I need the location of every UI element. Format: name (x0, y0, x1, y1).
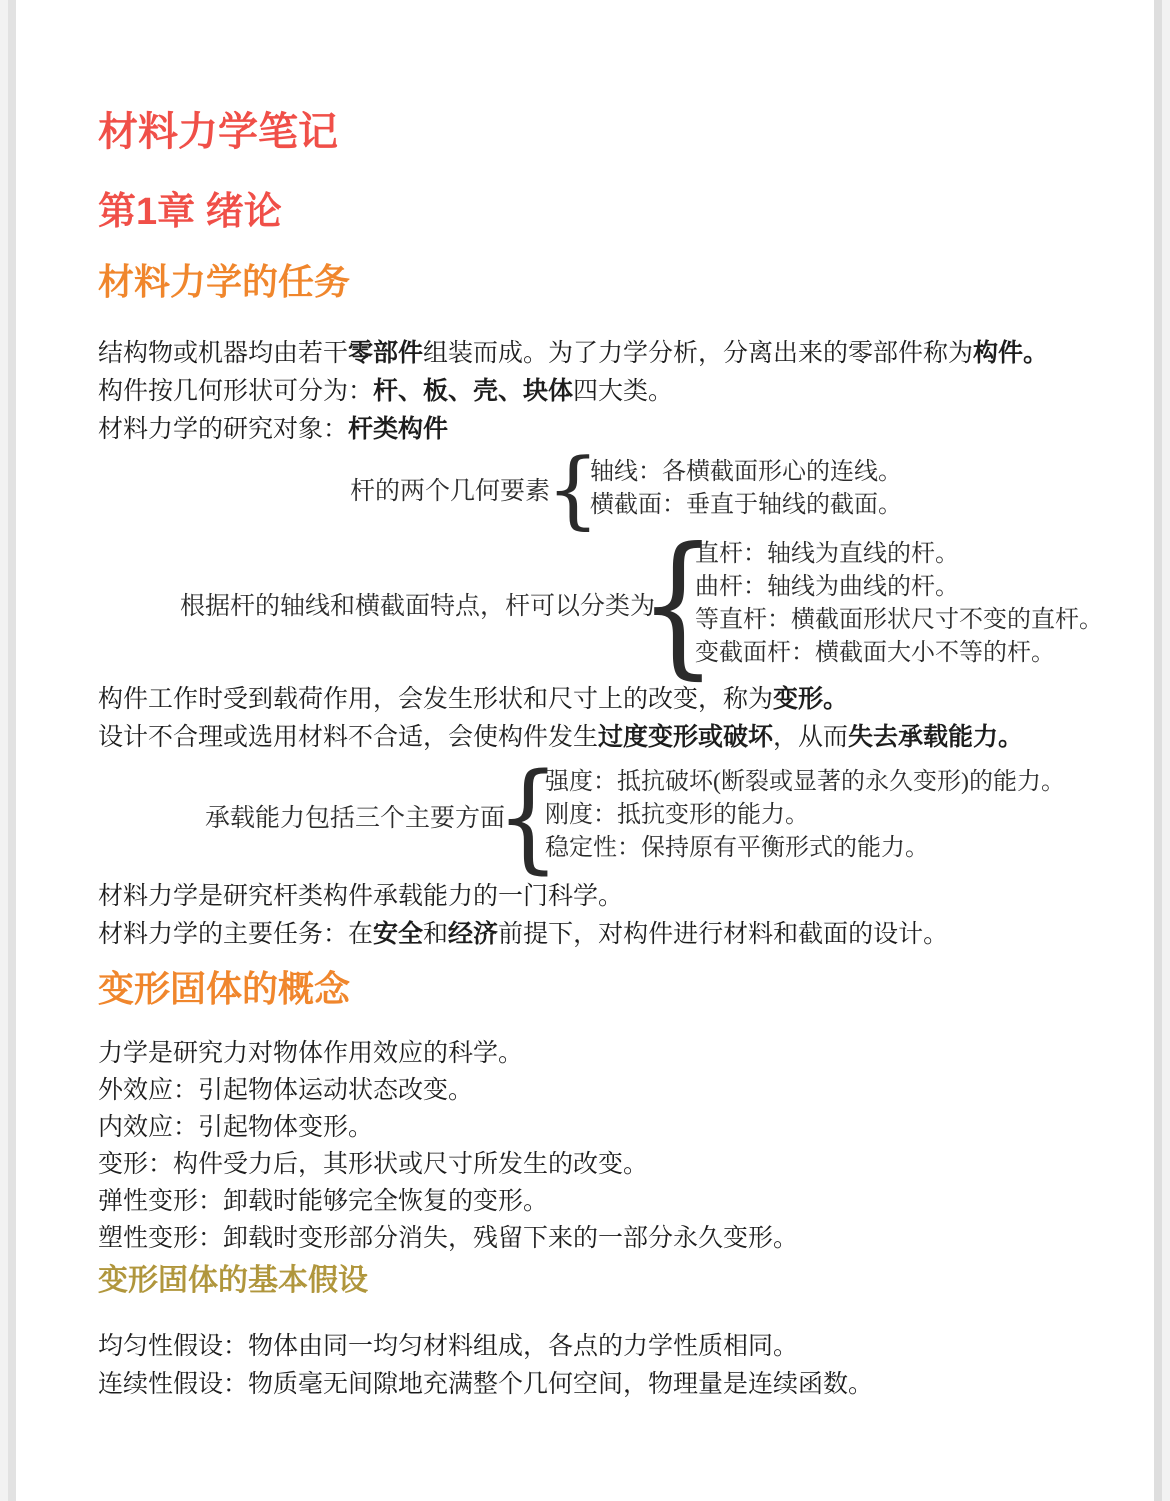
page-edge-right (1154, 0, 1162, 1501)
brace-item: 稳定性：保持原有平衡形式的能力。 (545, 832, 1065, 865)
text-line: 力学是研究力对物体作用效应的科学。 (98, 1035, 1100, 1072)
text-line: 构件按几何形状可分为：杆、板、壳、块体四大类。 (98, 372, 1100, 410)
brace-capacity-label: 承载能力包括三个主要方面 (205, 798, 505, 834)
brace-geometry-label: 杆的两个几何要素 (350, 471, 550, 507)
brace-item: 横截面：垂直于轴线的截面。 (590, 489, 902, 522)
text-line: 构件工作时受到载荷作用，会发生形状和尺寸上的改变，称为变形。 (98, 680, 1100, 718)
text-line: 结构物或机器均由若干零部件组装而成。为了力学分析，分离出来的零部件称为构件。 (98, 334, 1100, 372)
brace-item: 等直杆：横截面形状尺寸不变的直杆。 (695, 604, 1103, 637)
section-heading-assumptions: 变形固体的基本假设 (98, 1261, 1100, 1301)
brace-item: 曲杆：轴线为曲线的杆。 (695, 571, 1103, 604)
paragraph-intro: 结构物或机器均由若干零部件组装而成。为了力学分析，分离出来的零部件称为构件。构件… (98, 334, 1100, 448)
brace-item: 直杆：轴线为直线的杆。 (695, 538, 1103, 571)
text-line: 塑性变形：卸载时变形部分消失，残留下来的一部分永久变形。 (98, 1220, 1100, 1257)
brace-classify-items: 直杆：轴线为直线的杆。曲杆：轴线为曲线的杆。等直杆：横截面形状尺寸不变的直杆。变… (695, 538, 1103, 670)
paragraph-science: 材料力学是研究杆类构件承载能力的一门科学。材料力学的主要任务：在安全和经济前提下… (98, 877, 1100, 953)
text-line: 弹性变形：卸载时能够完全恢复的变形。 (98, 1183, 1100, 1220)
document-content: 材料力学笔记 第1章 绪论 材料力学的任务 结构物或机器均由若干零部件组装而成。… (8, 0, 1162, 1403)
section-heading-concept: 变形固体的概念 (98, 967, 1100, 1011)
brace-item: 变截面杆：横截面大小不等的杆。 (695, 637, 1103, 670)
brace-item: 刚度：抵抗变形的能力。 (545, 799, 1065, 832)
brace-item: 轴线：各横截面形心的连线。 (590, 456, 902, 489)
text-line: 连续性假设：物质毫无间隙地充满整个几何空间，物理量是连续函数。 (98, 1365, 1100, 1403)
brace-group-capacity: 承载能力包括三个主要方面 { 强度：抵抗破坏(断裂或显著的永久变形)的能力。刚度… (205, 764, 1100, 867)
text-line: 均匀性假设：物体由同一均匀材料组成，各点的力学性质相同。 (98, 1327, 1100, 1365)
page-edge-left (8, 0, 16, 1501)
text-line: 材料力学的主要任务：在安全和经济前提下，对构件进行材料和截面的设计。 (98, 915, 1100, 953)
brace-group-classify: 根据杆的轴线和横截面特点，杆可以分类为 { 直杆：轴线为直线的杆。曲杆：轴线为曲… (180, 536, 1100, 672)
paragraph-deformation: 构件工作时受到载荷作用，会发生形状和尺寸上的改变，称为变形。设计不合理或选用材料… (98, 680, 1100, 756)
doc-title: 材料力学笔记 (98, 108, 1100, 156)
text-line: 变形：构件受力后，其形状或尺寸所发生的改变。 (98, 1146, 1100, 1183)
document-page: 材料力学笔记 第1章 绪论 材料力学的任务 结构物或机器均由若干零部件组装而成。… (8, 0, 1162, 1501)
brace-classify-label: 根据杆的轴线和横截面特点，杆可以分类为 (180, 586, 655, 622)
brace-item: 强度：抵抗破坏(断裂或显著的永久变形)的能力。 (545, 766, 1065, 799)
paragraph-concept: 力学是研究力对物体作用效应的科学。外效应：引起物体运动状态改变。内效应：引起物体… (98, 1035, 1100, 1257)
text-line: 材料力学是研究杆类构件承载能力的一门科学。 (98, 877, 1100, 915)
paragraph-assumptions: 均匀性假设：物体由同一均匀材料组成，各点的力学性质相同。连续性假设：物质毫无间隙… (98, 1327, 1100, 1403)
section-heading-task: 材料力学的任务 (98, 260, 1100, 304)
brace-capacity-items: 强度：抵抗破坏(断裂或显著的永久变形)的能力。刚度：抵抗变形的能力。稳定性：保持… (545, 766, 1065, 865)
brace-geometry-items: 轴线：各横截面形心的连线。横截面：垂直于轴线的截面。 (590, 456, 902, 522)
chapter-heading: 第1章 绪论 (98, 188, 1100, 236)
text-line: 设计不合理或选用材料不合适，会使构件发生过度变形或破坏，从而失去承载能力。 (98, 718, 1100, 756)
text-line: 内效应：引起物体变形。 (98, 1109, 1100, 1146)
text-line: 外效应：引起物体运动状态改变。 (98, 1072, 1100, 1109)
brace-group-geometry: 杆的两个几何要素 { 轴线：各横截面形心的连线。横截面：垂直于轴线的截面。 (350, 454, 1100, 524)
